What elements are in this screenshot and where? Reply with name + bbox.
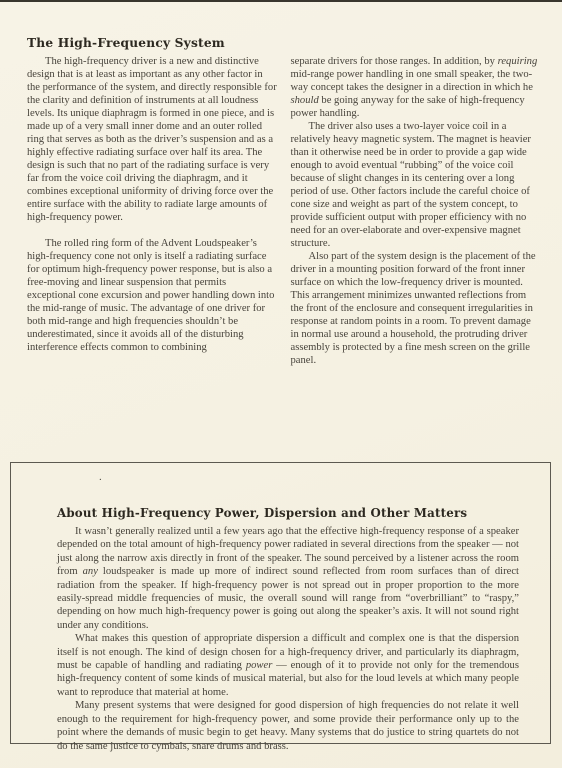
callout-heading: About High-Frequency Power, Dispersion a… bbox=[57, 506, 519, 521]
callout-box: . About High-Frequency Power, Dispersion… bbox=[10, 462, 551, 744]
top-edge-rule bbox=[0, 0, 562, 2]
paragraph: What makes this question of appropriate … bbox=[57, 632, 519, 699]
paragraph: separate drivers for those ranges. In ad… bbox=[291, 55, 542, 120]
article-heading: The High-Frequency System bbox=[27, 36, 278, 51]
stray-ink-mark: . bbox=[99, 471, 102, 484]
text-column-right: separate drivers for those ranges. In ad… bbox=[291, 36, 542, 367]
callout-paragraphs: It wasn’t generally realized until a few… bbox=[57, 525, 519, 753]
paragraph: Also part of the system design is the pl… bbox=[291, 250, 542, 367]
paragraph: The high-frequency driver is a new and d… bbox=[27, 55, 278, 224]
paragraph: It wasn’t generally realized until a few… bbox=[57, 525, 519, 632]
scanned-document-page: The High-Frequency System The high-frequ… bbox=[0, 0, 562, 768]
text-column-left: The High-Frequency System The high-frequ… bbox=[27, 36, 278, 367]
left-column-paragraphs: The high-frequency driver is a new and d… bbox=[27, 55, 278, 354]
paragraph: The driver also uses a two-layer voice c… bbox=[291, 120, 542, 250]
two-column-article: The High-Frequency System The high-frequ… bbox=[27, 36, 541, 367]
paragraph: Many present systems that were designed … bbox=[57, 699, 519, 753]
paragraph: The rolled ring form of the Advent Louds… bbox=[27, 237, 278, 354]
right-column-paragraphs: separate drivers for those ranges. In ad… bbox=[291, 55, 542, 367]
